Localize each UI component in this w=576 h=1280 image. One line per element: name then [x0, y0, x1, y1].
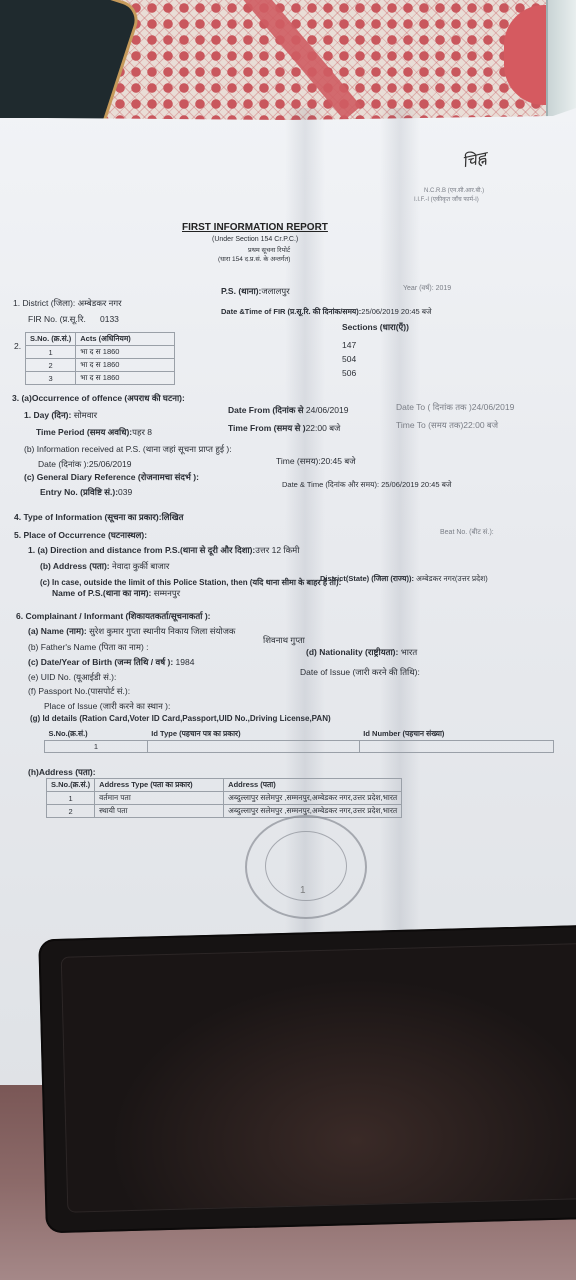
document-subtitle: (Under Section 154 Cr.P.C.)	[212, 236, 298, 243]
id-details-heading: (g) Id details (Ration Card,Voter ID Car…	[30, 714, 331, 723]
section-2-number: 2.	[14, 341, 21, 351]
header-code-2: I.I.F.-I (एकीकृत जाँच फार्म-I)	[414, 195, 479, 203]
address-heading: (h)Address (पता):	[28, 767, 96, 778]
year-field: Year (वर्ष): 2019	[403, 284, 451, 293]
entry-number-field: Entry No. (प्रविष्टि सं.):039	[40, 487, 132, 498]
time-from-field: Time From (समय से )22:00 बजे	[228, 423, 340, 434]
table-row: 1वर्तमान पताअब्दुल्लापुर सलेमपुर ,सम्मनप…	[47, 792, 402, 805]
uid-field: (e) UID No. (यूआईडी सं.):	[28, 672, 116, 683]
father-name-label: (b) Father's Name (पिता का नाम) :	[28, 642, 149, 653]
id-details-table: S.No.(क्र.सं.)Id Type (पहचान पत्र का प्र…	[44, 728, 554, 753]
table-row: 3भा द स 1860	[26, 372, 175, 385]
complainant-name-field: (a) Name (नाम): सुरेश कुमार गुप्ता स्थान…	[28, 626, 235, 637]
general-diary-heading: (c) General Diary Reference (रोजनामचा सं…	[24, 472, 199, 483]
table-row: 2स्थायी पताअब्दुल्लापुर सलेमपुर ,सम्मनपु…	[47, 805, 402, 818]
table-row: 1भा द स 1860	[26, 346, 175, 359]
sections-header: Sections (धारा(एँ))	[342, 322, 409, 333]
district-state-field: District(State) (जिला (राज्य)): अम्बेडकर…	[320, 574, 488, 584]
date-to-field: Date To ( दिनांक तक )24/06/2019	[396, 402, 514, 413]
police-station-stamp: 1	[245, 815, 367, 919]
issue-place-field: Place of Issue (जारी करने का स्थान ):	[44, 701, 170, 712]
section-6-heading: 6. Complainant / Informant (शिकायतकर्ता/…	[16, 611, 210, 622]
direction-field: 1. (a) Direction and distance from P.S.(…	[28, 545, 299, 556]
beat-number-field: Beat No. (बीट सं.):	[440, 528, 494, 537]
fir-number-field: FIR No. (प्र.सू.रि. 0133	[28, 314, 119, 325]
dob-field: (c) Date/Year of Birth (जन्म तिथि / वर्ष…	[28, 657, 194, 668]
table-row: 2भा द स 1860	[26, 359, 175, 372]
table-row: 1	[45, 741, 554, 753]
info-received-heading: (b) Information received at P.S. (थाना ज…	[24, 444, 232, 455]
gd-datetime-field: Date & Time (दिनांक और समय): 25/06/2019 …	[282, 480, 451, 490]
date-from-field: Date From (दिनांक से 24/06/2019	[228, 405, 348, 416]
information-type-field: 4. Type of Information (सूचना का प्रकार)…	[14, 512, 184, 523]
issue-date-field: Date of Issue (जारी करने की तिथि):	[300, 667, 420, 678]
outside-limit-label: (c) In case, outside the limit of this P…	[40, 577, 341, 588]
phone-screen	[61, 943, 576, 1213]
nationality-field: (d) Nationality (राष्ट्रीयता): भारत	[306, 647, 417, 658]
time-to-field: Time To (समय तक)22:00 बजे	[396, 420, 498, 431]
document-subtitle-hindi: प्रथम सूचना रिपोर्ट	[248, 245, 290, 254]
section-value: 506	[342, 368, 356, 378]
info-date-field: Date (दिनांक ):25/06/2019	[38, 459, 131, 470]
section-value: 147	[342, 340, 356, 350]
document-title: FIRST INFORMATION REPORT	[182, 222, 328, 233]
header-code-1: N.C.R.B (एन.सी.आर.बी.)	[424, 186, 484, 194]
passport-field: (f) Passport No.(पासपोर्ट सं.):	[28, 686, 130, 697]
ps-field: P.S. (थाना):जलालपुर	[221, 286, 290, 297]
section-3-heading: 3. (a)Occurrence of offence (अपराध की घट…	[12, 393, 185, 404]
district-label: 1. District (जिला): अम्बेडकर नगर	[13, 298, 122, 309]
section-value: 504	[342, 354, 356, 364]
info-time-field: Time (समय):20:45 बजे	[276, 456, 356, 467]
section-5-heading: 5. Place of Occurrence (घटनास्थल):	[14, 530, 147, 541]
fir-datetime-field: Date &Time of FIR (प्र.सू.रि. की दिनांक/…	[221, 307, 432, 317]
father-name-value: शिवनाथ गुप्ता	[263, 635, 305, 646]
acts-table: S.No. (क्र.सं.)Acts (अधिनियम) 1भा द स 18…	[25, 332, 175, 385]
day-field: 1. Day (दिन): सोमवार	[24, 410, 97, 421]
address-table: S.No.(क्र.सं.)Address Type (पता का प्रका…	[46, 778, 402, 818]
ps-name-field: Name of P.S.(थाना का नाम): सम्मनपुर	[52, 588, 180, 599]
time-period-field: Time Period (समय अवधि):पहर 8	[36, 427, 152, 438]
phone-bottom	[38, 925, 576, 1234]
place-address-field: (b) Address (पता): नेवादा कुर्की बाजार	[40, 561, 169, 572]
document-subtitle-hindi-2: (धारा 154 द.प्र.सं. के अन्तर्गत)	[218, 254, 290, 263]
